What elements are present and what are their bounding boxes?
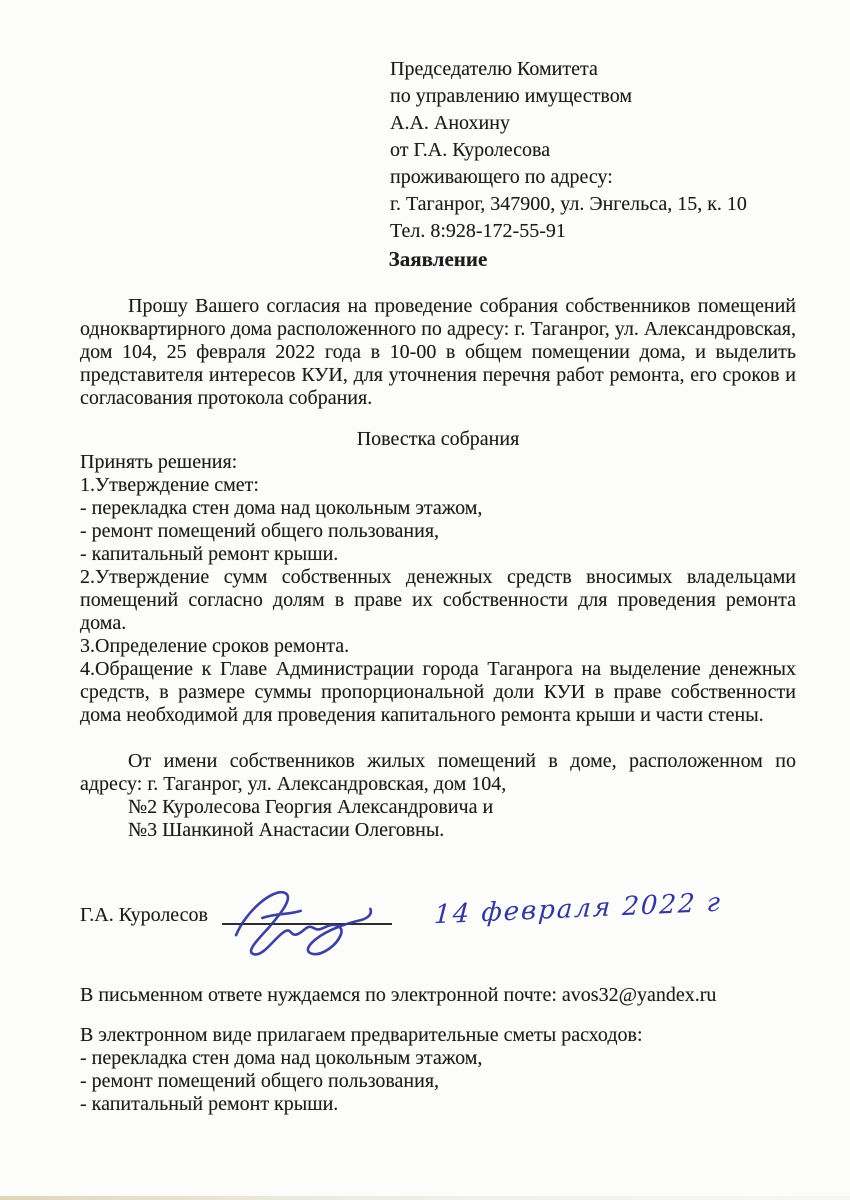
agenda-item: 1.Утверждение смет: xyxy=(80,474,796,497)
recipient-line: Председателю Комитета xyxy=(390,56,796,83)
agenda-subitem: - капитальный ремонт крыши. xyxy=(80,543,796,566)
sender-line: от Г.А. Куролесова xyxy=(390,137,796,164)
document-title: Заявление xyxy=(80,248,796,271)
recipient-line: А.А. Анохину xyxy=(390,110,796,137)
agenda-heading: Повестка собрания xyxy=(80,428,796,451)
agenda-item: 3.Определение сроков ремонта. xyxy=(80,635,796,658)
agenda-subitem: - ремонт помещений общего пользования, xyxy=(80,520,796,543)
document-content: Председателю Комитета по управлению имущ… xyxy=(80,0,796,1116)
request-paragraph: Прошу Вашего согласия на проведение собр… xyxy=(80,295,796,410)
representatives-paragraph: От имени собственников жилых помещений в… xyxy=(80,750,796,796)
signatory-name: Г.А. Куролесов xyxy=(80,904,208,927)
recipient-line: по управлению имуществом xyxy=(390,83,796,110)
attachment-item: - капитальный ремонт крыши. xyxy=(80,1093,796,1116)
agenda-subitem: - перекладка стен дома над цокольным эта… xyxy=(80,497,796,520)
scanned-document-page: Председателю Комитета по управлению имущ… xyxy=(0,0,850,1200)
signature-row: Г.А. Куролесов 14 февраля 2022 г xyxy=(80,904,796,976)
attachments-intro: В электронном виде прилагаем предварител… xyxy=(80,1024,796,1047)
reply-contact-line: В письменном ответе нуждаемся по электро… xyxy=(80,984,796,1007)
representative-entry: №2 Куролесова Георгия Александровича и xyxy=(80,796,796,819)
handwritten-date: 14 февраля 2022 г xyxy=(433,892,722,928)
agenda-list: Принять решения: 1.Утверждение смет: - п… xyxy=(80,451,796,727)
agenda-item: 4.Обращение к Главе Администрации города… xyxy=(80,658,796,727)
sender-address-line: г. Таганрог, 347900, ул. Энгельса, 15, к… xyxy=(390,191,796,218)
recipient-block: Председателю Комитета по управлению имущ… xyxy=(390,56,796,245)
agenda-item: 2.Утверждение сумм собственных денежных … xyxy=(80,566,796,635)
handwritten-signature xyxy=(230,886,442,958)
attachment-item: - ремонт помещений общего пользования, xyxy=(80,1070,796,1093)
attachment-item: - перекладка стен дома над цокольным эта… xyxy=(80,1047,796,1070)
signature-underline xyxy=(222,923,392,925)
sender-phone-line: Тел. 8:928-172-55-91 xyxy=(390,218,796,245)
agenda-intro: Принять решения: xyxy=(80,451,796,474)
representative-entry: №3 Шанкиной Анастасии Олеговны. xyxy=(80,819,796,842)
scan-artifact-bottom-edge xyxy=(0,1196,850,1200)
sender-line: проживающего по адресу: xyxy=(390,164,796,191)
